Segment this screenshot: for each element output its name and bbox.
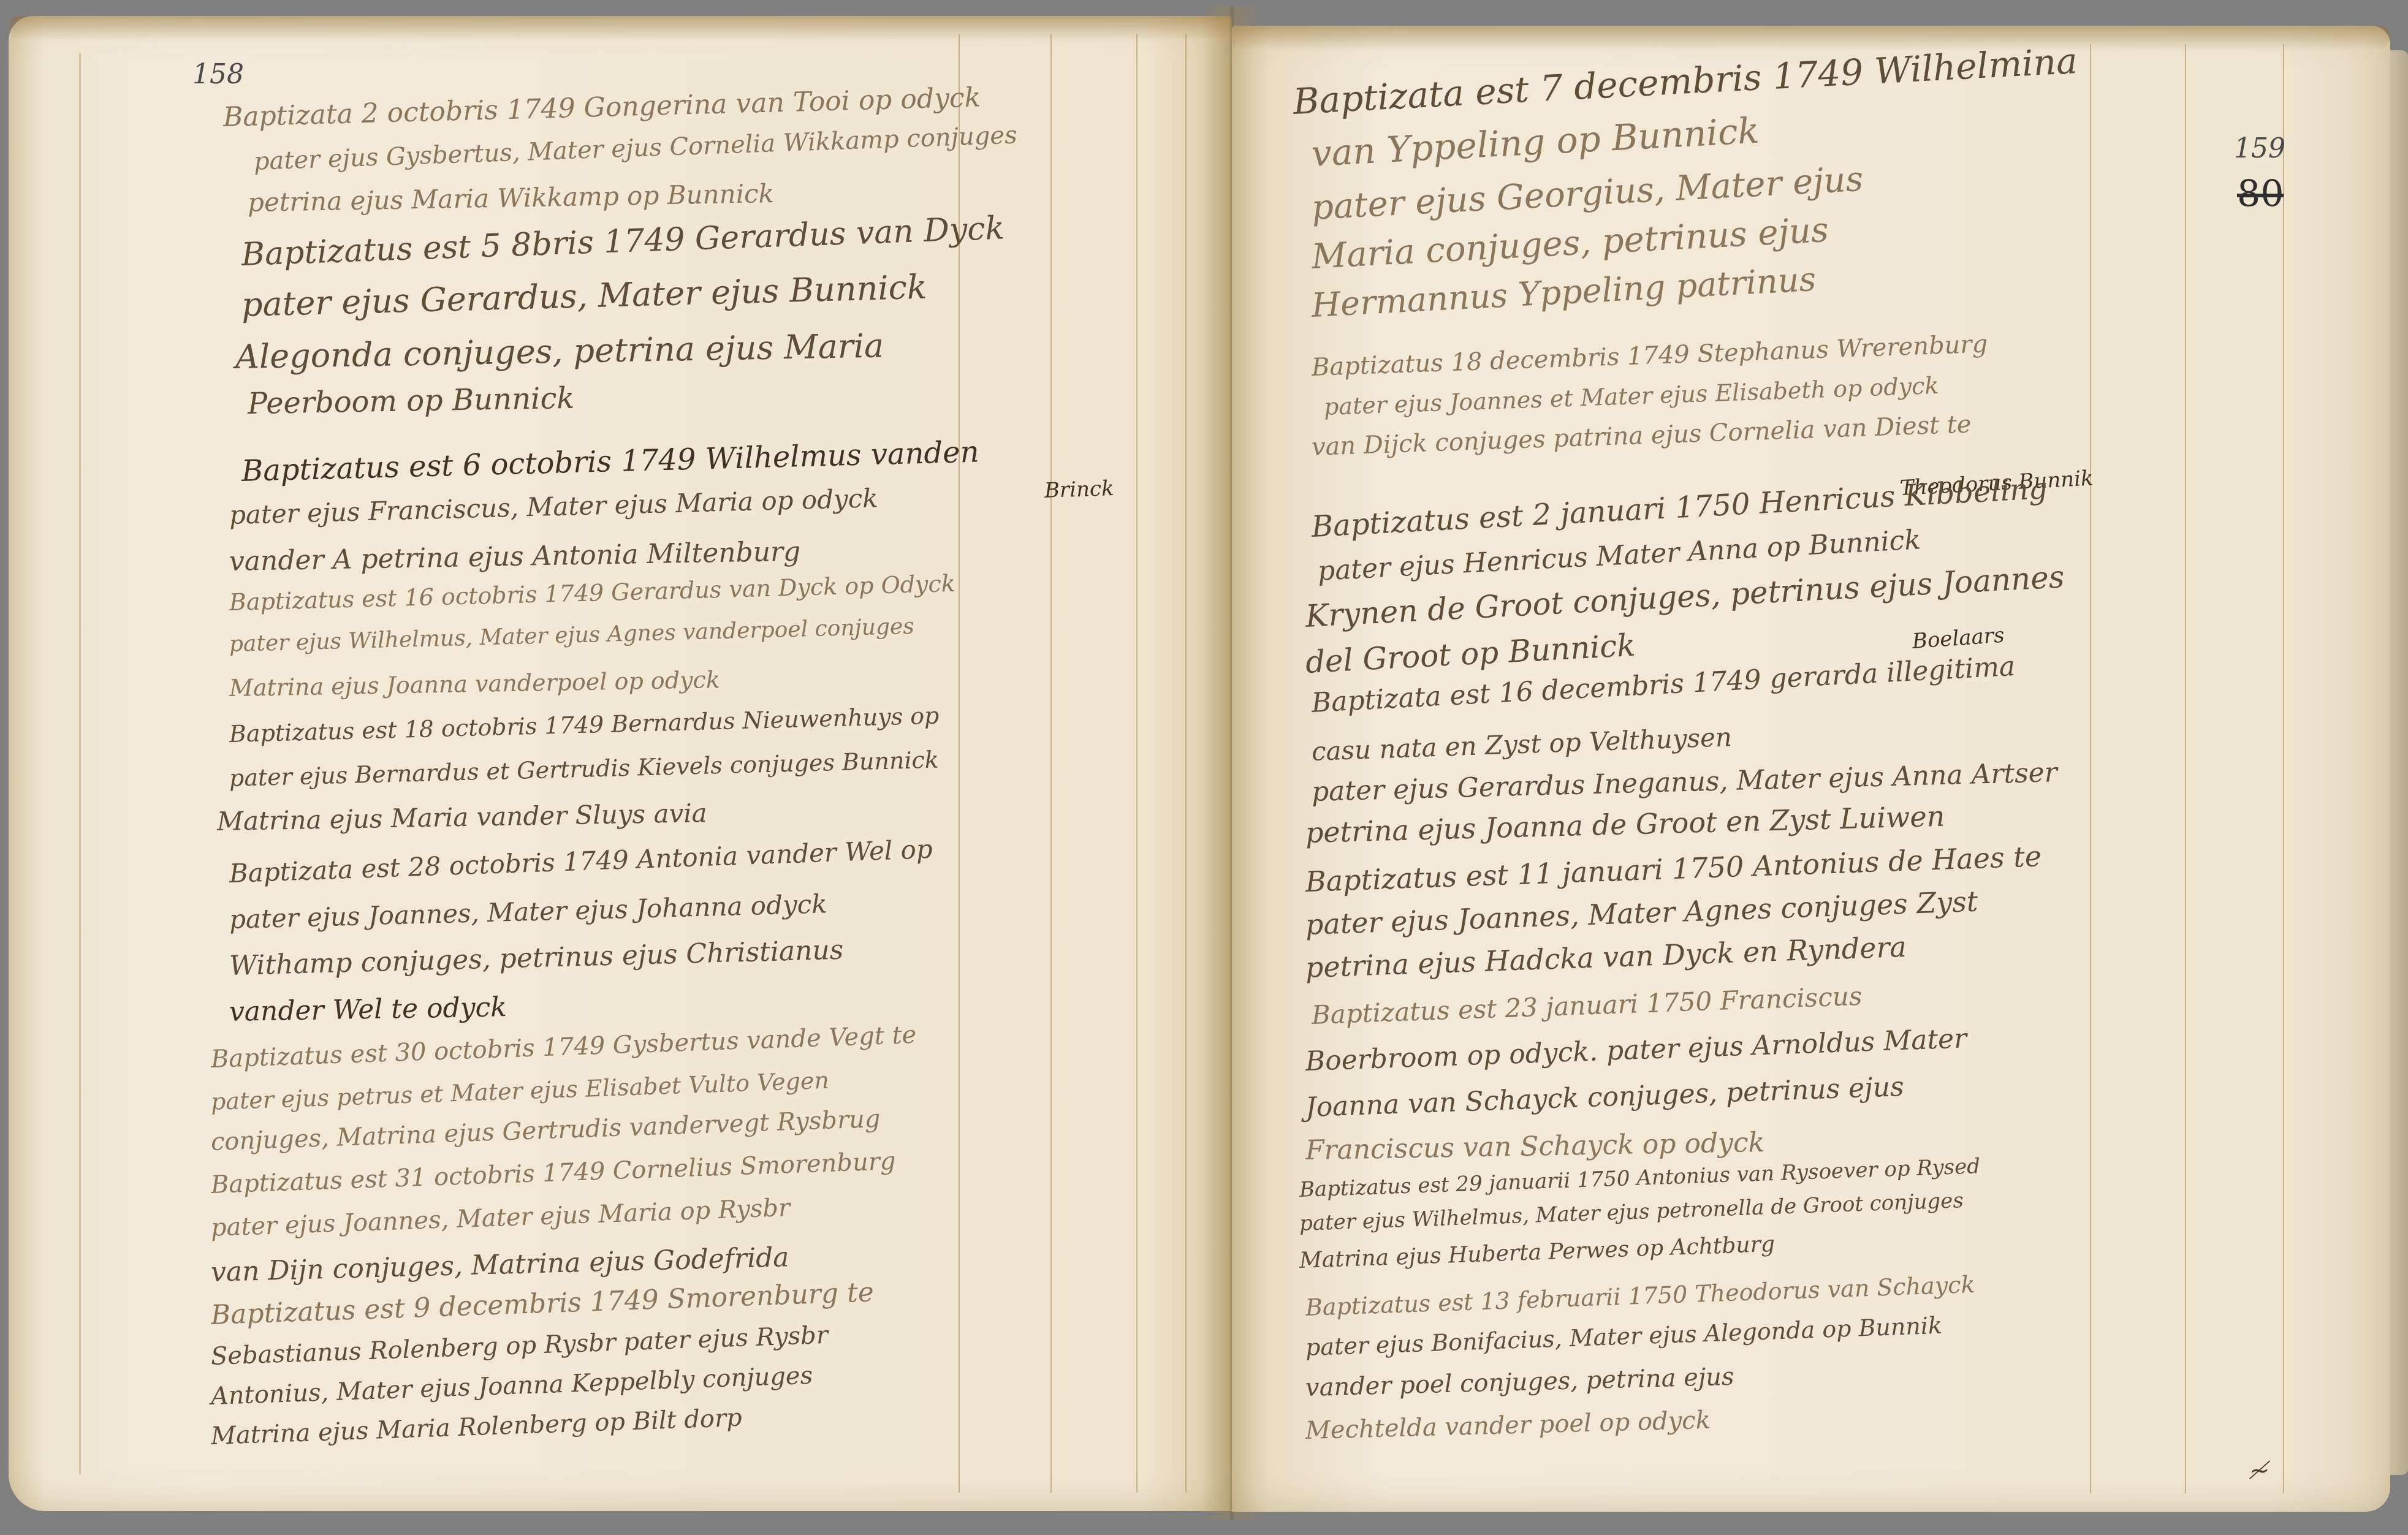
handwritten-line: pater ejus Bernardus et Gertrudis Kievel… — [229, 746, 939, 792]
handwritten-line: Withamp conjuges, petrinus ejus Christia… — [229, 934, 844, 982]
handwritten-line: pater ejus Franciscus, Mater ejus Maria … — [229, 483, 878, 530]
handwritten-line: van Yppeling op Bunnick — [1310, 110, 1760, 175]
handwritten-line: Sebastianus Rolenberg op Rysbr pater eju… — [210, 1321, 828, 1371]
handwritten-line: Baptizatus est 2 januari 1750 Henricus K… — [1311, 471, 2048, 544]
handwritten-line: vander poel conjuges, petrina ejus — [1305, 1363, 1734, 1402]
handwritten-line: Boerbroom op odyck. pater ejus Arnoldus … — [1305, 1023, 1967, 1077]
ruled-column-line — [959, 34, 960, 1493]
handwritten-line: Baptizatus est 31 octobris 1749 Corneliu… — [210, 1147, 896, 1199]
handwritten-line: casu nata en Zyst op Velthuysen — [1311, 722, 1733, 767]
handwritten-line: del Groot op Bunnick — [1304, 627, 1636, 680]
page-top-stain — [9, 16, 1232, 40]
handwritten-line: Baptizatus est 23 januari 1750 Franciscu… — [1311, 981, 1863, 1030]
handwritten-line: Baptizatus est 16 octobris 1749 Gerardus… — [229, 570, 955, 616]
handwritten-line: van Dijn conjuges, Matrina ejus Godefrid… — [210, 1241, 789, 1288]
handwritten-line: pater ejus petrus et Mater ejus Elisabet… — [210, 1067, 829, 1115]
handwritten-line: pater ejus Gerardus Ineganus, Mater ejus… — [1311, 757, 2057, 808]
handwritten-line: Baptizatus est 18 octobris 1749 Bernardu… — [229, 702, 939, 748]
folio-number: 158 — [192, 59, 244, 90]
ruled-column-line — [1136, 34, 1138, 1493]
handwritten-line: Baptizatus est 6 octobris 1749 Wilhelmus… — [241, 434, 979, 488]
register-spread: 158 Baptizata 2 octobris 1749 Gongerina … — [0, 0, 2408, 1535]
handwritten-line: Baptizata 2 octobris 1749 Gongerina van … — [222, 82, 981, 133]
handwritten-line: conjuges, Matrina ejus Gertrudis vanderv… — [210, 1105, 881, 1156]
ink-flourish-mark: ≁ — [2249, 1457, 2270, 1485]
right-page: 159 80 Baptizata est 7 decembris 1749 Wi… — [1232, 26, 2390, 1512]
folio-number-struck: 80 — [2237, 173, 2284, 216]
handwritten-line: Matrina ejus Maria vander Sluys avia — [217, 798, 707, 836]
handwritten-line: Baptizata est 28 octobris 1749 Antonia v… — [229, 834, 933, 889]
handwritten-line: pater ejus Wilhelmus, Mater ejus Agnes v… — [229, 614, 914, 657]
handwritten-line: Baptizatus est 30 octobris 1749 Gysbertu… — [210, 1021, 917, 1074]
handwritten-line: pater ejus Gysbertus, Mater ejus Corneli… — [253, 121, 1017, 176]
ruled-column-line — [2185, 44, 2186, 1493]
handwritten-line: Matrina ejus Huberta Perwes op Achtburg — [1299, 1232, 1775, 1273]
handwritten-line: Matrina ejus Maria Rolenberg op Bilt dor… — [210, 1404, 742, 1450]
handwritten-line: Mechtelda vander poel op odyck — [1305, 1406, 1711, 1445]
handwritten-line: pater ejus Joannes et Mater ejus Elisabe… — [1323, 372, 1939, 420]
handwritten-line: pater ejus Joannes, Mater ejus Maria op … — [210, 1194, 791, 1242]
handwritten-line: petrina ejus Joanna de Groot en Zyst Lui… — [1305, 800, 1945, 849]
handwritten-line: Antonius, Mater ejus Joanna Keppelbly co… — [210, 1362, 813, 1411]
handwritten-line: petrina ejus Maria Wikkamp op Bunnick — [248, 178, 775, 218]
left-page: 158 Baptizata 2 octobris 1749 Gongerina … — [9, 16, 1232, 1511]
handwritten-line: pater ejus Joannes, Mater ejus Johanna o… — [229, 889, 827, 934]
page-edge-stack — [2390, 50, 2408, 1475]
handwritten-line: Baptizata est 7 decembris 1749 Wilhelmin… — [1292, 40, 2078, 123]
left-margin-line — [79, 53, 81, 1474]
ruled-column-line — [1050, 34, 1052, 1493]
handwritten-line: Joanna van Schayck conjuges, petrinus ej… — [1305, 1071, 1904, 1123]
handwritten-line: Boelaars — [1912, 623, 2005, 654]
handwritten-line: pater ejus Gerardus, Mater ejus Bunnick — [241, 268, 927, 324]
handwritten-line: Brinck — [1044, 476, 1114, 503]
handwritten-line: van Dijck conjuges patrina ejus Cornelia… — [1311, 410, 1972, 461]
handwritten-line: Alegonda conjuges, petrina ejus Maria — [235, 327, 884, 376]
ruled-column-line — [1185, 34, 1187, 1493]
folio-number: 159 — [2234, 133, 2285, 164]
ruled-column-line — [2283, 44, 2284, 1493]
handwritten-line: Baptizatus est 5 8bris 1749 Gerardus van… — [241, 210, 1005, 273]
handwritten-line: pater ejus Bonifacius, Mater ejus Alegon… — [1305, 1312, 1942, 1361]
handwritten-line: vander Wel te odyck — [229, 991, 507, 1028]
ruled-column-line — [2090, 44, 2091, 1493]
page-top-stain — [1232, 26, 2390, 50]
handwritten-line: Franciscus van Schayck op odyck — [1305, 1127, 1765, 1166]
handwritten-line: Peerboom op Bunnick — [248, 381, 575, 421]
handwritten-line: petrina ejus Hadcka van Dyck en Ryndera — [1305, 930, 1907, 984]
handwritten-line: vander A petrina ejus Antonia Miltenburg — [229, 536, 801, 577]
handwritten-line: Matrina ejus Joanna vanderpoel op odyck — [229, 666, 721, 702]
